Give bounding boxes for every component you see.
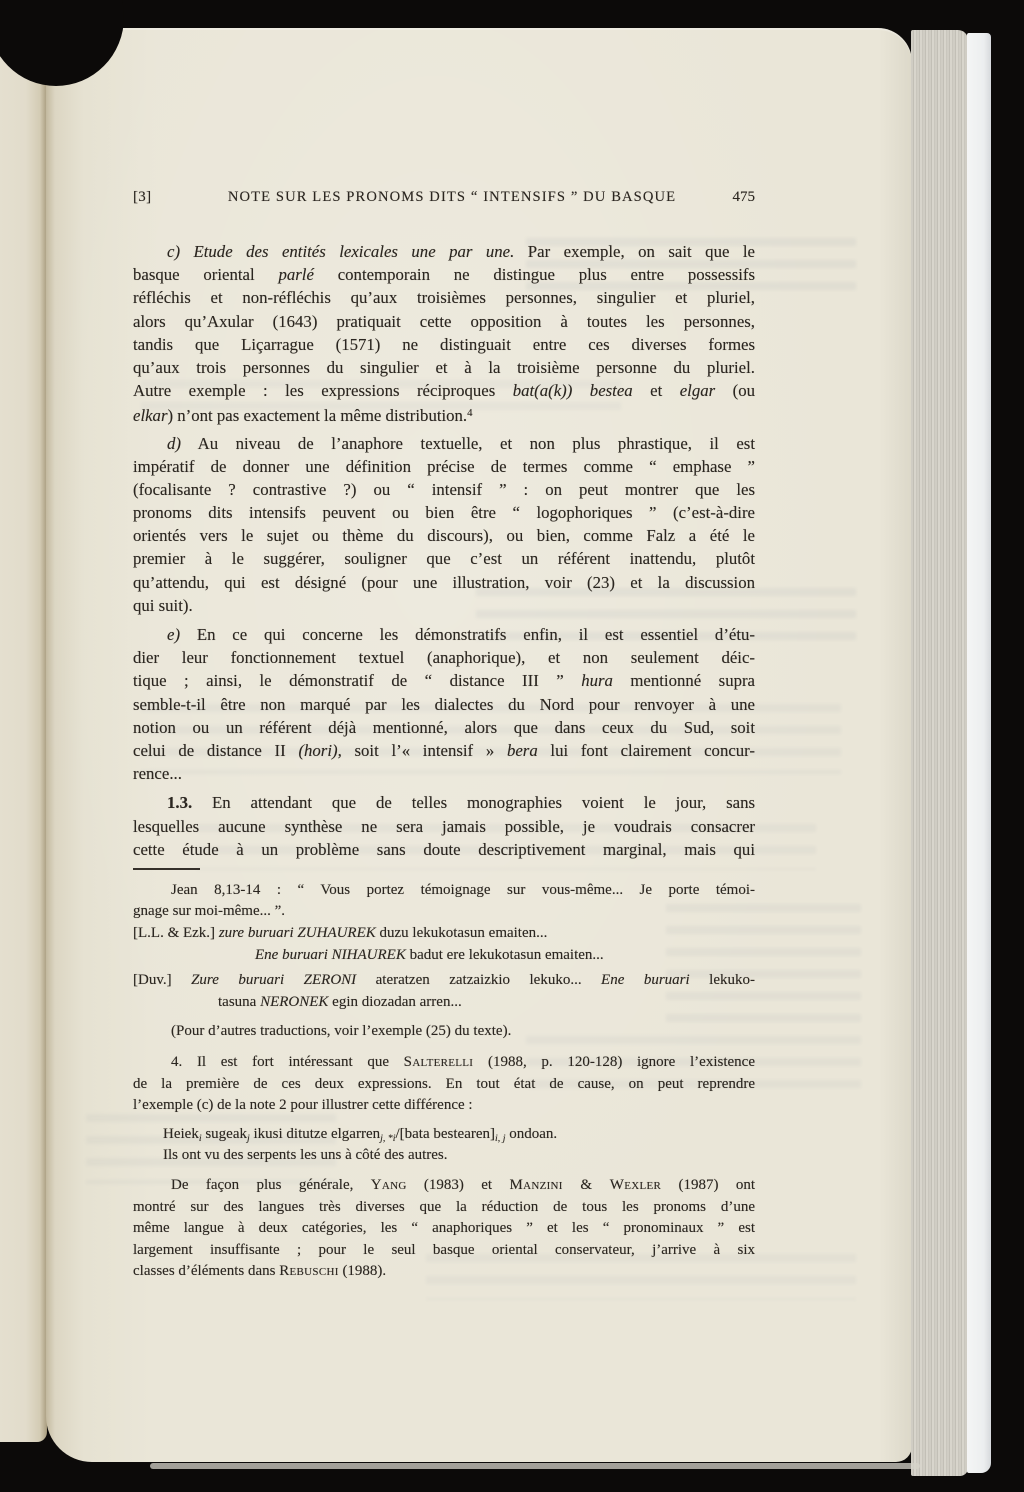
body-text: c) Etude des entités lexicales une par u… — [133, 240, 755, 861]
text-line: Ene buruari NIHAUREK badut ere lekukotas… — [133, 945, 755, 967]
text-segment: (hori), — [298, 741, 341, 760]
text-segment: de la première de ces deux expressions. … — [133, 1076, 755, 1092]
text-line: d) Au niveau de l’anaphore textuelle, et… — [133, 432, 755, 455]
back-cover-strip — [967, 33, 991, 1473]
running-title: NOTE SUR LES PRONOMS DITS “ INTENSIFS ” … — [193, 186, 711, 208]
text-segment: mentionné supra — [613, 671, 755, 690]
text-segment: /[bata bestearen] — [395, 1126, 495, 1142]
text-line: c) Etude des entités lexicales une par u… — [133, 240, 755, 263]
text-line: semble-t-il être non marqué par les dial… — [133, 693, 755, 716]
text-segment: lesquelles aucune synthèse ne sera jamai… — [133, 817, 755, 836]
text-segment: 4 — [467, 407, 472, 419]
text-line: tandis que Liçarrague (1571) ne distingu… — [133, 333, 755, 356]
text-segment: (Pour d’autres traductions, voir l’exemp… — [171, 1023, 511, 1039]
text-segment: soit l’« intensif » — [342, 741, 507, 760]
text-segment: badut ere lekukotasun emaiten... — [406, 947, 604, 963]
text-segment: alors qu’Axular (1643) pratiquait cette … — [133, 312, 755, 331]
text-segment: dier leur fonctionnement textuel (anapho… — [133, 648, 755, 667]
text-segment: bat(a(k)) bestea — [513, 381, 633, 400]
text-line: Heieki sugeakj ikusi ditutze elgarrenj, … — [133, 1124, 755, 1146]
text-line: 1.3. En attendant que de telles monograp… — [133, 791, 755, 814]
text-line: [Duv.] Zure buruari ZERONI ateratzen zat… — [133, 970, 755, 992]
text-line: 4. Il est fort intéressant que Salterell… — [133, 1052, 755, 1074]
text-line: qu’aux trois personnes du singulier et à… — [133, 356, 755, 379]
text-line: pronoms dits intensifs peuvent ou bien ê… — [133, 501, 755, 524]
book-page: [3] NOTE SUR LES PRONOMS DITS “ INTENSIF… — [46, 28, 912, 1462]
text-segment: qui suit). — [133, 596, 193, 615]
text-segment: Par exemple, on sait que le — [514, 242, 755, 261]
facing-page-sliver — [0, 30, 47, 1442]
text-segment: gnage sur moi-même... ”. — [133, 903, 285, 919]
text-segment: duzu lekukotasun emaiten... — [376, 925, 548, 941]
text-line: impératif de donner une définition préci… — [133, 455, 755, 478]
text-segment: elgar — [680, 381, 715, 400]
text-segment: zure buruari ZUHAUREK — [219, 925, 376, 941]
text-segment: montré sur des langues très diverses que… — [133, 1199, 755, 1215]
text-segment: réfléchis et non-réfléchis qu’aux troisi… — [133, 288, 755, 307]
text-segment: classes d’éléments dans — [133, 1263, 279, 1279]
text-segment: [Duv.] — [133, 972, 191, 988]
text-line: qu’attendu, qui est désigné (pour une il… — [133, 571, 755, 594]
text-segment: ondoan. — [505, 1126, 557, 1142]
text-segment: lekuko- — [690, 972, 755, 988]
text-line: de la première de ces deux expressions. … — [133, 1074, 755, 1096]
text-segment: premier à le suggérer, souligner que c’e… — [133, 549, 755, 568]
text-line: Autre exemple : les expressions réciproq… — [133, 379, 755, 402]
text-line: notion ou un référent déjà mentionné, al… — [133, 716, 755, 739]
text-line: Ils ont vu des serpents les uns à côté d… — [133, 1145, 755, 1167]
text-segment: Autre exemple : les expressions réciproq… — [133, 381, 513, 400]
text-segment: parlé — [278, 265, 313, 284]
text-segment: elkar — [133, 406, 167, 425]
text-segment: sugeak — [202, 1126, 247, 1142]
text-segment: orientés vers le sujet ou thème du disco… — [133, 526, 755, 545]
text-segment: En ce qui concerne les démonstratifs enf… — [180, 625, 755, 644]
text-line: [L.L. & Ezk.] zure buruari ZUHAUREK duzu… — [133, 923, 755, 945]
text-segment: Rebuschi — [279, 1263, 338, 1279]
text-line: celui de distance II (hori), soit l’« in… — [133, 739, 755, 762]
text-segment: tique ; ainsi, le démonstratif de “ dist… — [133, 671, 581, 690]
text-segment: Au niveau de l’anaphore textuelle, et no… — [181, 434, 755, 453]
text-line: orientés vers le sujet ou thème du disco… — [133, 524, 755, 547]
text-segment: lui font clairement concur- — [538, 741, 755, 760]
page-header: [3] NOTE SUR LES PRONOMS DITS “ INTENSIF… — [133, 186, 755, 208]
text-segment: e) — [167, 625, 180, 644]
text-segment: hura — [581, 671, 613, 690]
printed-content: [3] NOTE SUR LES PRONOMS DITS “ INTENSIF… — [133, 186, 755, 1283]
text-segment: j, *i — [380, 1133, 395, 1144]
text-line: (Pour d’autres traductions, voir l’exemp… — [133, 1021, 755, 1043]
text-segment: (focalisante ? contrastive ?) ou “ inten… — [133, 480, 755, 499]
text-segment: pronoms dits intensifs peuvent ou bien ê… — [133, 503, 755, 522]
text-segment: contemporain ne distingue plus entre pos… — [314, 265, 755, 284]
text-segment: Ils ont vu des serpents les uns à côté d… — [163, 1147, 448, 1163]
text-line: lesquelles aucune synthèse ne sera jamai… — [133, 815, 755, 838]
text-segment: Jean 8,13-14 : “ Vous portez témoignage … — [171, 882, 755, 898]
text-segment: Yang — [371, 1177, 407, 1193]
text-segment: tandis que Liçarrague (1571) ne distingu… — [133, 335, 755, 354]
text-segment: (1988, p. 120-128) ignore l’existence — [473, 1054, 755, 1070]
text-segment: Ene buruari — [601, 972, 690, 988]
text-segment: ikusi ditutze elgarren — [250, 1126, 380, 1142]
text-segment: ) n’ont pas exactement la même distribut… — [167, 406, 467, 425]
text-segment: egin diozadan arren... — [328, 994, 461, 1010]
text-segment: cette étude à un problème sans doute des… — [133, 840, 755, 859]
text-segment: 1.3. — [167, 793, 192, 812]
text-segment: impératif de donner une définition préci… — [133, 457, 755, 476]
text-line: réfléchis et non-réfléchis qu’aux troisi… — [133, 286, 755, 309]
photo-background: [3] NOTE SUR LES PRONOMS DITS “ INTENSIF… — [0, 0, 1024, 1492]
text-line: largement insuffisante ; pour le seul ba… — [133, 1240, 755, 1262]
text-segment: largement insuffisante ; pour le seul ba… — [133, 1242, 755, 1258]
text-segment: ateratzen zatzaizkio lekuko... — [356, 972, 601, 988]
text-segment: semble-t-il être non marqué par les dial… — [133, 695, 755, 714]
text-segment: [L.L. & Ezk.] — [133, 925, 219, 941]
text-line: De façon plus générale, Yang (1983) et M… — [133, 1175, 755, 1197]
text-segment: i, j — [495, 1133, 505, 1144]
page-number: 475 — [711, 186, 755, 208]
text-segment: (1983) et — [407, 1177, 510, 1193]
text-segment: et — [633, 381, 680, 400]
text-line: tique ; ainsi, le démonstratif de “ dist… — [133, 669, 755, 692]
text-segment: celui de distance II — [133, 741, 298, 760]
text-segment: c) Etude des entités lexicales une par u… — [167, 242, 514, 261]
text-segment: Zure buruari ZERONI — [191, 972, 356, 988]
text-line: premier à le suggérer, souligner que c’e… — [133, 547, 755, 570]
text-segment: qu’aux trois personnes du singulier et à… — [133, 358, 755, 377]
text-segment: Heiek — [163, 1126, 199, 1142]
text-segment: Ene buruari NIHAUREK — [255, 947, 406, 963]
footnotes: Jean 8,13-14 : “ Vous portez témoignage … — [133, 880, 755, 1283]
text-segment: d) — [167, 434, 181, 453]
text-segment: Salterelli — [404, 1054, 474, 1070]
text-segment: 4. Il est fort intéressant que — [171, 1054, 404, 1070]
text-segment: qu’attendu, qui est désigné (pour une il… — [133, 573, 755, 592]
text-segment: Manzini & Wexler — [509, 1177, 661, 1193]
text-line: alors qu’Axular (1643) pratiquait cette … — [133, 310, 755, 333]
text-segment: (1988). — [339, 1263, 387, 1279]
text-line: dier leur fonctionnement textuel (anapho… — [133, 646, 755, 669]
text-segment: De façon plus générale, — [171, 1177, 371, 1193]
bottom-page-edges — [150, 1463, 920, 1469]
text-segment: (1987) ont — [661, 1177, 755, 1193]
text-line: e) En ce qui concerne les démonstratifs … — [133, 623, 755, 646]
text-segment: notion ou un référent déjà mentionné, al… — [133, 718, 755, 737]
text-line: Jean 8,13-14 : “ Vous portez témoignage … — [133, 880, 755, 902]
text-segment: bera — [507, 741, 538, 760]
fore-edge-pages — [911, 30, 968, 1476]
text-line: cette étude à un problème sans doute des… — [133, 838, 755, 861]
text-segment: (ou — [715, 381, 755, 400]
text-segment: basque oriental — [133, 265, 278, 284]
text-segment: tasuna — [218, 994, 260, 1010]
text-line: montré sur des langues très diverses que… — [133, 1197, 755, 1219]
text-segment: même langue à deux catégories, les “ ana… — [133, 1220, 755, 1236]
text-segment: NERONEK — [260, 994, 328, 1010]
text-line: basque oriental parlé contemporain ne di… — [133, 263, 755, 286]
text-segment: l’exemple (c) de la note 2 pour illustre… — [133, 1097, 473, 1113]
text-segment: rence... — [133, 764, 182, 783]
text-line: même langue à deux catégories, les “ ana… — [133, 1218, 755, 1240]
bracket-number: [3] — [133, 186, 193, 208]
text-segment: En attendant que de telles monographies … — [192, 793, 755, 812]
text-line: (focalisante ? contrastive ?) ou “ inten… — [133, 478, 755, 501]
